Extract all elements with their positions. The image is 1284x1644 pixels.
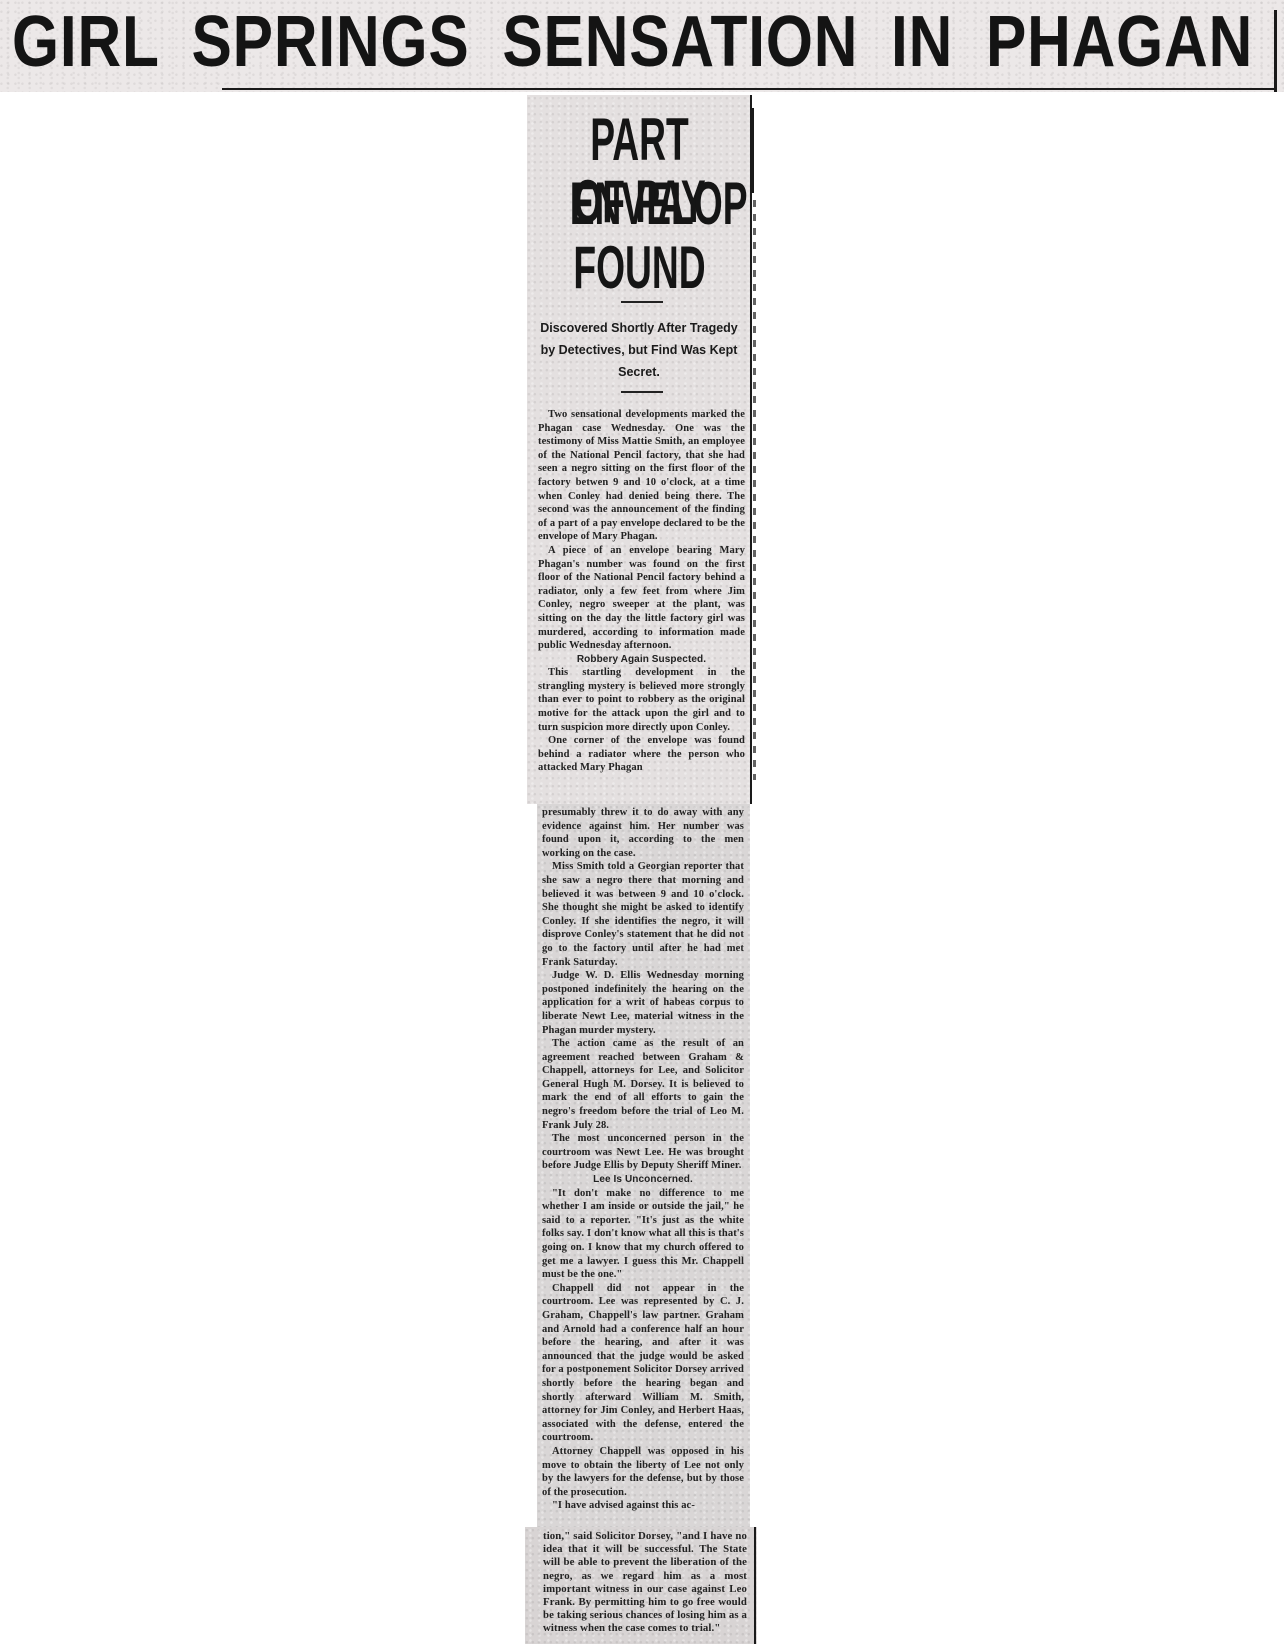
paragraph: presumably threw it to do away with any … bbox=[542, 806, 744, 860]
paragraph: tion," said Solicitor Dorsey, "and I hav… bbox=[543, 1530, 747, 1636]
article-column-segment-3: tion," said Solicitor Dorsey, "and I hav… bbox=[525, 1527, 757, 1644]
banner-underline-rule bbox=[222, 88, 1274, 90]
headline-divider bbox=[621, 301, 663, 303]
subheadline-divider bbox=[621, 391, 663, 393]
section-subhead: Lee Is Unconcerned. bbox=[542, 1173, 744, 1187]
paragraph: Chappell did not appear in the courtroom… bbox=[542, 1282, 744, 1445]
column-rule bbox=[754, 1527, 756, 1644]
adjacent-column-text-edge bbox=[753, 200, 756, 780]
article-body-part-3: tion," said Solicitor Dorsey, "and I hav… bbox=[543, 1530, 747, 1636]
paragraph: The most unconcerned person in the court… bbox=[542, 1132, 744, 1173]
paragraph: Judge W. D. Ellis Wednesday morning post… bbox=[542, 969, 744, 1037]
subheadline: Discovered Shortly After Tragedy by Dete… bbox=[533, 317, 745, 383]
headline-line-2: ENVELOPE bbox=[570, 173, 710, 235]
banner-edge-rule bbox=[1274, 10, 1277, 92]
section-subhead: Robbery Again Suspected. bbox=[538, 653, 745, 667]
paragraph: Attorney Chappell was opposed in his mov… bbox=[542, 1445, 744, 1499]
column-rule bbox=[750, 95, 752, 804]
paragraph: This startling development in the strang… bbox=[538, 666, 745, 734]
paragraph: "I have advised against this ac- bbox=[542, 1499, 744, 1513]
paragraph: Miss Smith told a Georgian reporter that… bbox=[542, 860, 744, 969]
banner-headline: GIRL SPRINGS SENSATION IN PHAGAN CASE bbox=[12, 2, 1072, 82]
headline-line-3: FOUND bbox=[570, 237, 710, 299]
article-body-part-1: Two sensational developments marked the … bbox=[538, 408, 745, 775]
paragraph: Two sensational developments marked the … bbox=[538, 408, 745, 544]
article-body-part-2: presumably threw it to do away with any … bbox=[542, 806, 744, 1513]
banner-headline-strip: GIRL SPRINGS SENSATION IN PHAGAN CASE bbox=[0, 0, 1284, 92]
adjacent-column-edge bbox=[752, 108, 758, 193]
paragraph: A piece of an envelope bearing Mary Phag… bbox=[538, 544, 745, 653]
paragraph: The action came as the result of an agre… bbox=[542, 1037, 744, 1132]
paragraph: "It don't make no difference to me wheth… bbox=[542, 1187, 744, 1282]
article-column-segment-2: presumably threw it to do away with any … bbox=[537, 804, 750, 1527]
article-column-segment-1: PART OF PAY ENVELOPE FOUND Discovered Sh… bbox=[527, 95, 752, 804]
paragraph: One corner of the envelope was found beh… bbox=[538, 734, 745, 775]
